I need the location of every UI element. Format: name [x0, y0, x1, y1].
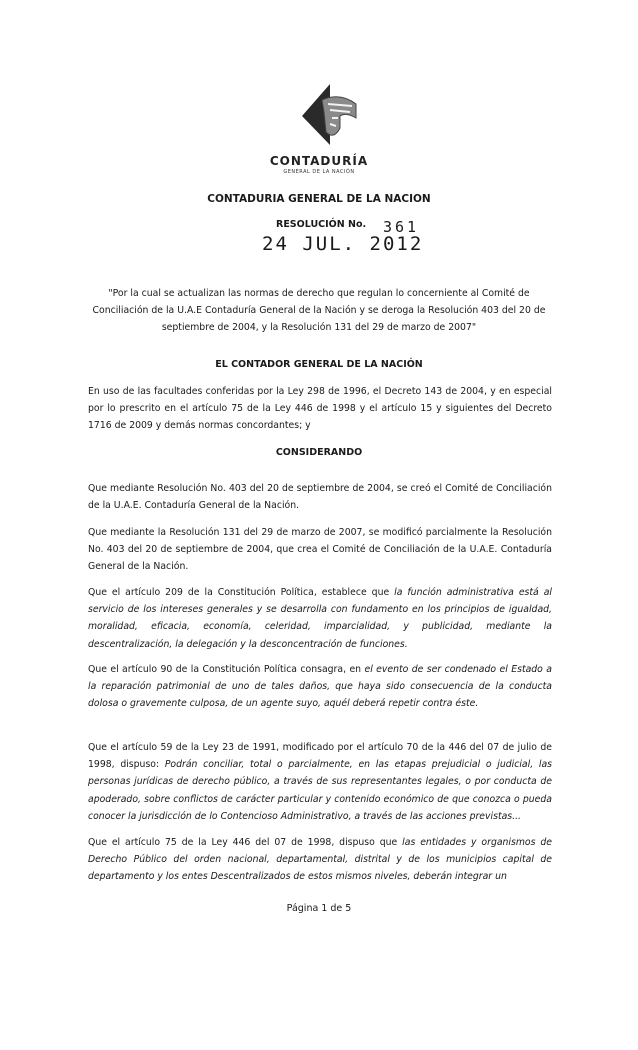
paragraph-3: Que el artículo 209 de la Constitución P… [88, 584, 552, 653]
signer-heading: EL CONTADOR GENERAL DE LA NACIÓN [0, 359, 638, 370]
paragraph-6: Que el artículo 75 de la Ley 446 del 07 … [88, 834, 552, 886]
paragraph-text: Que el artículo 90 de la Constitución Po… [88, 664, 364, 675]
logo-subtitle: GENERAL DE LA NACIÓN [0, 169, 638, 175]
paragraph-text: Que mediante la Resolución 131 del 29 de… [88, 527, 552, 572]
paragraph-1: Que mediante Resolución No. 403 del 20 d… [88, 480, 552, 514]
date-stamp: 24 JUL. 2012 [262, 233, 423, 255]
page-number: Página 1 de 5 [0, 903, 638, 914]
resolution-label: RESOLUCIÓN No. [276, 219, 366, 230]
resolution-title: "Por la cual se actualizan las normas de… [88, 285, 550, 336]
document-page: CONTADURÍA GENERAL DE LA NACIÓN CONTADUR… [0, 0, 638, 1050]
paragraph-2: Que mediante la Resolución 131 del 29 de… [88, 524, 552, 576]
paragraph-text: Que el artículo 75 de la Ley 446 del 07 … [88, 837, 402, 848]
considerando-heading: CONSIDERANDO [0, 447, 638, 458]
paragraph-text: Que mediante Resolución No. 403 del 20 d… [88, 483, 552, 511]
paragraph-5: Que el artículo 59 de la Ley 23 de 1991,… [88, 739, 552, 825]
logo-name: CONTADURÍA [0, 154, 638, 168]
paragraph-4: Que el artículo 90 de la Constitución Po… [88, 661, 552, 713]
organization-heading: CONTADURIA GENERAL DE LA NACION [0, 193, 638, 205]
paragraph-text: Que el artículo 209 de la Constitución P… [88, 587, 394, 598]
preamble-paragraph: En uso de las facultades conferidas por … [88, 383, 552, 435]
contaduria-logo-icon [300, 82, 360, 147]
